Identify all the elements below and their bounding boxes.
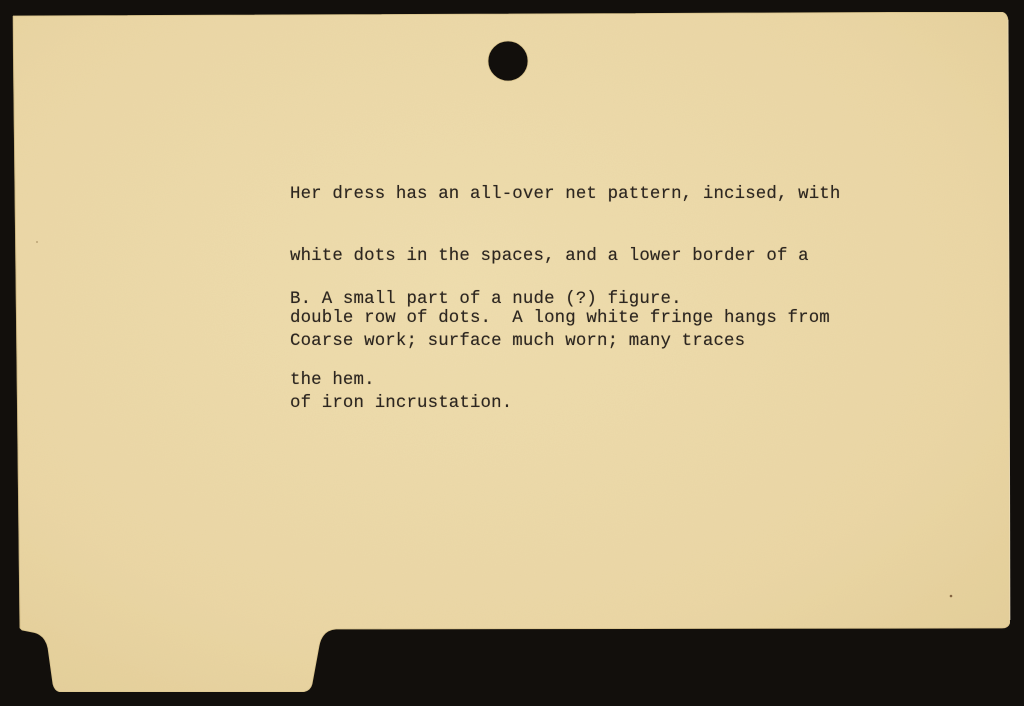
typed-line: Her dress has an all-over net pattern, i… bbox=[290, 185, 840, 206]
punch-hole bbox=[488, 41, 528, 81]
typed-paragraph-condition: Coarse work; surface much worn; many tra… bbox=[290, 291, 745, 456]
scanned-index-card: Her dress has an all-over net pattern, i… bbox=[0, 0, 1024, 706]
typed-line: Coarse work; surface much worn; many tra… bbox=[290, 332, 745, 353]
typed-line: of iron incrustation. bbox=[290, 394, 745, 415]
